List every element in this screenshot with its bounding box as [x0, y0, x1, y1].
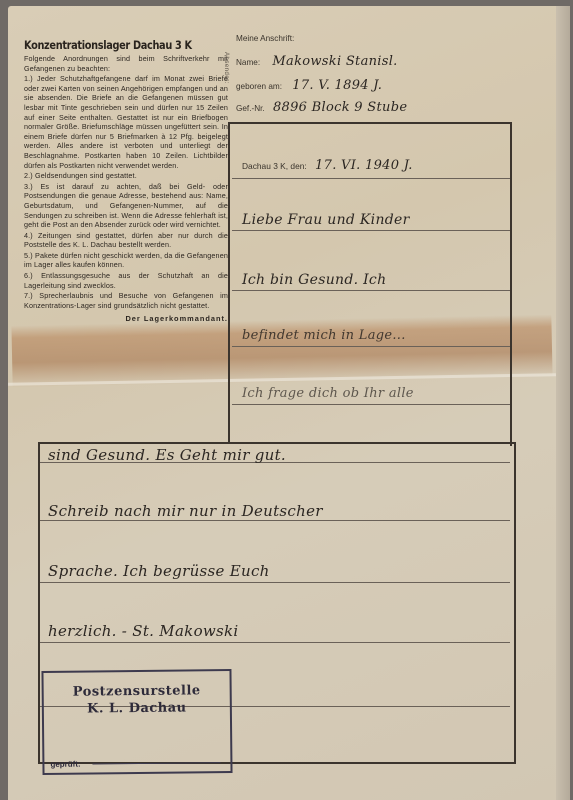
rules-intro: Folgende Anordnungen sind beim Schriftve… — [24, 54, 228, 73]
date-label: Dachau 3 K, den: — [242, 161, 307, 171]
name-label: Name: — [236, 58, 260, 67]
letter-line-8: herzlich. - St. Makowski — [48, 622, 239, 640]
censor-stamp: Postzensurstelle K. L. Dachau geprüft: — [41, 669, 232, 775]
date-value: 17. VI. 1940 J. — [315, 158, 413, 173]
rule-7: 7.) Sprecherlaubnis und Besuche von Gefa… — [24, 291, 228, 310]
number-value: 8896 Block 9 Stube — [273, 100, 407, 115]
rules-divider — [228, 124, 230, 442]
rule-6: 6.) Entlassungsgesuche aus der Schutzhaf… — [24, 271, 228, 290]
stamp-line-1: Postzensurstelle — [44, 683, 230, 700]
ruled-line — [40, 642, 510, 643]
letter-line-2: Ich bin Gesund. Ich — [242, 272, 386, 288]
name-value: Makowski Stanisl. — [272, 54, 397, 69]
letter-line-4: Ich frage dich ob Ihr alle — [242, 386, 414, 401]
ruled-line — [232, 290, 510, 291]
ruled-line — [40, 582, 510, 583]
absender-label: Absender: — [223, 52, 229, 84]
number-row: Gef.-Nr. 8896 Block 9 Stube — [236, 100, 407, 115]
letter-line-1: Liebe Frau und Kinder — [242, 212, 410, 228]
letter-line-5: sind Gesund. Es Geht mir gut. — [48, 446, 286, 464]
camp-title: Konzentrationslager Dachau 3 K — [24, 38, 197, 52]
rule-1: 1.) Jeder Schutzhaftgefangene darf im Mo… — [24, 74, 228, 170]
letter-line-7: Sprache. Ich begrüsse Euch — [48, 562, 270, 580]
rule-4: 4.) Zeitungen sind gestattet, dürfen abe… — [24, 231, 228, 250]
born-label: geboren am: — [236, 82, 282, 91]
stamp-signature-line — [92, 762, 220, 765]
name-row: Name: Makowski Stanisl. — [236, 54, 398, 69]
ruled-line — [40, 520, 510, 521]
born-row: geboren am: 17. V. 1894 J. — [236, 78, 382, 93]
letter-line-3: befindet mich in Lage... — [242, 328, 406, 343]
stamp-line-3: geprüft: — [50, 760, 80, 769]
stamp-line-2: K. L. Dachau — [44, 700, 230, 717]
commandant-signature: Der Lagerkommandant. — [24, 314, 228, 324]
ruled-line — [232, 178, 510, 179]
paper-edge — [556, 6, 570, 800]
born-value: 17. V. 1894 J. — [292, 78, 382, 93]
number-label: Gef.-Nr. — [236, 104, 265, 113]
rule-3: 3.) Es ist darauf zu achten, daß bei Gel… — [24, 182, 228, 230]
letter-line-6: Schreib nach mir nur in Deutscher — [48, 502, 323, 520]
rule-5: 5.) Pakete dürfen nicht geschickt werden… — [24, 251, 228, 270]
ruled-line — [232, 346, 510, 347]
rules-panel: Konzentrationslager Dachau 3 K Folgende … — [24, 38, 228, 324]
ruled-line — [232, 230, 510, 231]
address-heading: Meine Anschrift: — [236, 34, 294, 43]
date-line: Dachau 3 K, den: 17. VI. 1940 J. — [242, 158, 413, 173]
rule-2: 2.) Geldsendungen sind gestattet. — [24, 171, 228, 181]
ruled-line — [232, 404, 510, 405]
